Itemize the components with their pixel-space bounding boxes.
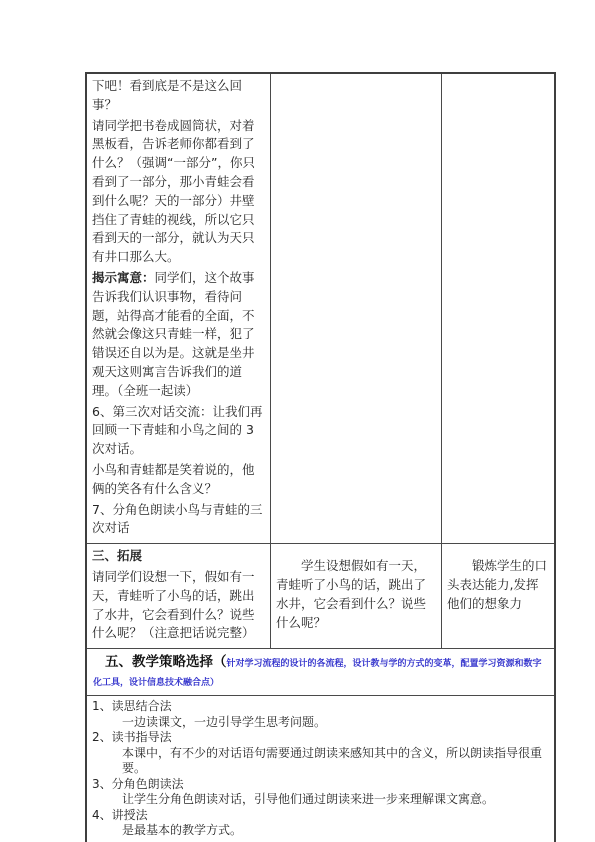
reveal-moral-text: 同学们，这个故事告诉我们认识事物，看待问题，站得高才能看的全面，不然就会像这只青… [92,270,255,398]
table-row-strategy-list: 1、读思结合法 一边读课文，一边引导学生思考问题。 2、读书指导法 本课中，有不… [87,695,554,842]
strategy-item-desc: 本课中，有不少的对话语句需要通过朗读来感知其中的含义，所以朗读指导很重要。 [92,746,549,777]
teaching-process-paragraph: 7、分角色朗读小鸟与青蛙的三次对话 [92,501,265,539]
document-page: 下吧！看到底是不是这么回事？ 请同学把书卷成圆筒状，对着黑板看，告诉老师你都看到… [0,0,595,842]
extension-student-text: 学生设想假如有一天，青蛙听了小鸟的话，跳出了水井，它会看到什么？说些什么呢？ [276,557,436,632]
extension-intent-text: 锻炼学生的口头表达能力,发挥他们的想象力 [447,557,549,613]
strategy-item-title: 1、读思结合法 [92,699,549,715]
strategy-item-desc: 让学生分角色朗读对话，引导他们通过朗读来进一步来理解课文寓意。 [92,792,549,808]
teaching-process-paragraph: 揭示寓意：同学们，这个故事告诉我们认识事物，看待问题，站得高才能看的全面，不然就… [92,269,265,401]
teaching-process-paragraph: 6、第三次对话交流：让我们再回顾一下青蛙和小鸟之间的 3 次对话。 [92,403,265,459]
lesson-plan-table: 下吧！看到底是不是这么回事？ 请同学把书卷成圆筒状，对着黑板看，告诉老师你都看到… [85,72,556,842]
table-row-strategy-header: 五、教学策略选择（针对学习流程的设计的各流程，设计教与学的方式的变革，配置学习资… [87,648,554,695]
strategy-item-desc: 是最基本的教学方式。 [92,823,549,839]
cell-extension-teacher: 三、拓展 请同学们设想一下，假如有一天，青蛙听了小鸟的话，跳出了水井，它会看到什… [87,544,271,648]
cell-design-intent-empty [442,74,554,543]
extension-section-title: 三、拓展 [92,547,265,566]
cell-extension-student: 学生设想假如有一天，青蛙听了小鸟的话，跳出了水井，它会看到什么？说些什么呢？ [271,544,442,648]
cell-student-activity-empty [271,74,442,543]
strategy-item-title: 3、分角色朗读法 [92,777,549,793]
strategy-item-desc: 一边读课文，一边引导学生思考问题。 [92,715,549,731]
extension-teacher-text: 请同学们设想一下，假如有一天，青蛙听了小鸟的话，跳出了水井，它会看到什么？说些什… [92,568,265,643]
strategy-item-title: 4、讲授法 [92,808,549,824]
cell-teacher-activity: 下吧！看到底是不是这么回事？ 请同学把书卷成圆筒状，对着黑板看，告诉老师你都看到… [87,74,271,543]
reveal-moral-label: 揭示寓意： [92,270,155,285]
cell-extension-intent: 锻炼学生的口头表达能力,发挥他们的想象力 [442,544,554,648]
teaching-process-paragraph: 下吧！看到底是不是这么回事？ [92,77,265,115]
strategy-section-heading: 五、教学策略选择（针对学习流程的设计的各流程，设计教与学的方式的变革，配置学习资… [87,649,554,695]
strategy-heading-bold: 五、教学策略选择（ [105,654,227,670]
table-row-extension: 三、拓展 请同学们设想一下，假如有一天，青蛙听了小鸟的话，跳出了水井，它会看到什… [87,543,554,648]
strategy-item-title: 2、读书指导法 [92,730,549,746]
teaching-process-paragraph: 小鸟和青蛙都是笑着说的，他俩的笑各有什么含义？ [92,461,265,499]
teaching-process-paragraph: 请同学把书卷成圆筒状，对着黑板看，告诉老师你都看到了什么？（强调“一部分”，你只… [92,117,265,267]
table-row-teaching-process: 下吧！看到底是不是这么回事？ 请同学把书卷成圆筒状，对着黑板看，告诉老师你都看到… [87,74,554,543]
